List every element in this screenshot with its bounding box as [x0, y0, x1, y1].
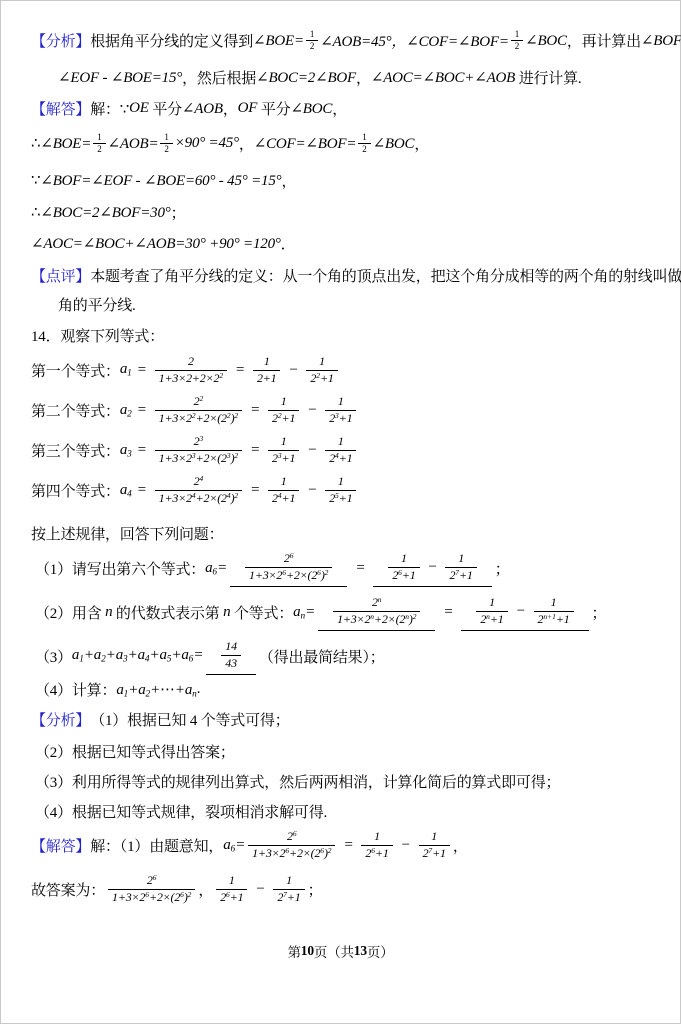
document-page: 【分析】 根据角平分线的定义得到 ∠BOE= 12 ∠AOB=45°，∠COF=… [0, 0, 681, 1024]
fraction: 12n+1+1 [534, 595, 574, 627]
analysis-13-line1: 【分析】 根据角平分线的定义得到 ∠BOE= 12 ∠AOB=45°，∠COF=… [31, 29, 681, 53]
fraction-half: 12 [358, 132, 370, 156]
text-run: ； [495, 558, 510, 579]
math-run: n [105, 604, 112, 621]
fraction-numerator: 1 [334, 434, 348, 450]
answer-blank: 1443 [206, 637, 256, 675]
answer-13-line3: ∵∠BOF=∠EOF - ∠BOE=60° - 45° =15° ， [31, 170, 296, 191]
text-run: ， [356, 67, 371, 88]
fraction: 261+3×26+2×(26)2 [108, 873, 195, 905]
fraction: 261+3×26+2×(26)2 [248, 829, 335, 861]
fraction-denominator: 1+3×2n+2×(2n)2 [333, 611, 420, 628]
equals-sign: = [250, 402, 260, 419]
text-run: ， [453, 835, 468, 856]
analysis-13-line2: ∠EOF - ∠BOE=15° ，然后根据 ∠BOC=2∠BOF ， ∠AOC=… [58, 67, 581, 88]
fraction-numerator: 1 [427, 829, 441, 845]
math-run: n [223, 604, 230, 621]
math-run: a1+a2+a3+a4+a5+a6= [72, 647, 203, 664]
fraction-numerator: 2n [368, 595, 386, 611]
text-run: 解：∵ [90, 98, 129, 119]
text-run: ． [281, 233, 296, 254]
fraction-numerator: 1 [260, 354, 274, 370]
math-run: ∠AOB=45°，∠COF=∠BOF= [320, 30, 509, 51]
fraction-numerator: 1 [277, 434, 291, 450]
text-run: （3） [35, 646, 72, 667]
fraction-denominator: 2n+1+1 [534, 611, 574, 628]
text-run: （1）根据已知 4 个等式可得； [90, 709, 289, 730]
text-run: 解：（1）由题意知， [90, 835, 223, 856]
text-run: 14．观察下列等式： [31, 325, 164, 346]
equals-sign: = [250, 482, 260, 499]
math-run: ∠AOC=∠BOC+∠AOB=30° +90° =120° [31, 234, 281, 253]
text-run: （2）用含 [35, 602, 105, 623]
footer-page-number: 10 [301, 943, 314, 959]
fraction-numerator: 1 [547, 595, 561, 611]
answer-label: 【解答】 [31, 835, 90, 856]
equation-row-4: 第四个等式： a4 = 241+3×24+2×(24)2 = 124+1 − 1… [31, 474, 359, 506]
text-run: 按上述规律，回答下列问题： [31, 523, 223, 544]
equals-sign: = [137, 482, 147, 499]
fraction-numerator: 22 [190, 394, 208, 410]
math-run: OE [129, 100, 149, 117]
text-run: （2）根据已知等式得出答案； [35, 741, 235, 762]
fraction-denominator: 2 [358, 143, 370, 155]
footer-text: 页（共 [314, 941, 354, 961]
text-run: 故答案为： [31, 879, 105, 900]
math-run: ∴∠BOE= [31, 134, 91, 153]
fraction-numerator: 1 [485, 595, 499, 611]
text-run: ， [198, 879, 213, 900]
fraction: 21+3×2+2×22 [155, 354, 227, 386]
problem-14-title: 14．观察下列等式： [31, 325, 164, 346]
analysis-14-line3: （3）利用所得等式的规律列出算式，然后两两相消，计算化简后的算式即可得； [35, 771, 560, 792]
fraction: 124+1 [325, 434, 356, 466]
equals-sign: = [137, 362, 147, 379]
math-run: a1+a2+⋯+an [116, 680, 196, 699]
text-run: 个等式： [230, 602, 293, 623]
text-run: ， [332, 98, 347, 119]
text-run: 的代数式表示第 [112, 602, 223, 623]
fraction-numerator: 1 [277, 474, 291, 490]
fraction-denominator: 1+3×22+2×(22)2 [155, 410, 242, 427]
instruction-line: 按上述规律，回答下列问题： [31, 523, 223, 544]
fraction-numerator: 1 [160, 132, 172, 143]
text-run: 根据角平分线的定义得到 [90, 30, 253, 51]
comment-label: 【点评】 [31, 265, 90, 286]
fraction: 123+1 [325, 394, 356, 426]
math-run: ∠COF=∠BOF= [254, 134, 357, 153]
math-run: a6= [223, 837, 245, 854]
minus-sign: − [428, 559, 438, 576]
question-2: （2）用含 n 的代数式表示第 n 个等式： an= 2n1+3×2n+2×(2… [35, 593, 606, 631]
fraction: 12n+1 [476, 595, 507, 627]
fraction: 127+1 [419, 829, 450, 861]
text-run: 第四个等式： [31, 480, 120, 501]
fraction-numerator: 1 [334, 394, 348, 410]
fraction-half: 12 [93, 132, 105, 156]
fraction-denominator: 22+1 [268, 410, 299, 427]
fraction-denominator: 1+3×26+2×(26)2 [245, 567, 332, 584]
fraction-denominator: 1+3×23+2×(23)2 [155, 450, 242, 467]
fraction-denominator: 27+1 [445, 567, 476, 584]
equation-row-1: 第一个等式： a1 = 21+3×2+2×22 = 12+1 − 122+1 [31, 354, 341, 386]
equation-row-3: 第三个等式： a3 = 231+3×23+2×(23)2 = 123+1 − 1… [31, 434, 359, 466]
fraction-denominator: 2n+1 [476, 611, 507, 628]
fraction-denominator: 27+1 [419, 845, 450, 862]
math-run: ∠AOC=∠BOC+∠AOB [371, 68, 515, 87]
fraction-numerator: 26 [143, 873, 161, 889]
fraction: 122+1 [306, 354, 337, 386]
fraction-denominator: 23+1 [325, 410, 356, 427]
minus-sign: − [307, 482, 317, 499]
fraction: 231+3×23+2×(23)2 [155, 434, 242, 466]
fraction-numerator: 1 [511, 29, 523, 40]
fraction-numerator: 1 [282, 873, 296, 889]
minus-sign: − [288, 362, 298, 379]
fraction-numerator: 26 [283, 829, 301, 845]
fraction: 12+1 [253, 354, 281, 386]
fraction: 127+1 [445, 551, 476, 583]
fraction-numerator: 1 [93, 132, 105, 143]
fraction: 123+1 [268, 434, 299, 466]
math-run: a4 [120, 482, 132, 499]
text-run: 角的平分线. [58, 294, 136, 315]
footer-total-pages: 13 [354, 943, 367, 959]
math-run: a1 [120, 361, 132, 378]
text-run: （得出最简结果）； [259, 646, 385, 667]
minus-sign: − [516, 603, 526, 620]
fraction: 126+1 [361, 829, 392, 861]
fraction-half: 12 [511, 29, 523, 53]
analysis-label: 【分析】 [31, 30, 90, 51]
fraction: 2n1+3×2n+2×(2n)2 [333, 595, 420, 627]
fraction-numerator: 1 [454, 551, 468, 567]
math-run: a3 [120, 442, 132, 459]
fraction-denominator: 22+1 [306, 370, 337, 387]
equals-sign: = [250, 442, 260, 459]
analysis-14-line4: （4）根据已知等式规律，裂项相消求解可得. [35, 801, 327, 822]
comment-13-line2: 角的平分线. [58, 294, 136, 315]
fraction-numerator: 2 [184, 354, 198, 370]
fraction-denominator: 43 [221, 655, 241, 672]
text-run: ， [223, 98, 238, 119]
text-run: 第三个等式： [31, 440, 120, 461]
fraction-denominator: 2 [306, 40, 318, 52]
fraction-denominator: 26+1 [388, 567, 419, 584]
text-run: ； [171, 202, 186, 223]
question-4: （4）计算： a1+a2+⋯+an . [35, 679, 200, 700]
footer-text: 第 [287, 941, 300, 961]
fraction: 122+1 [268, 394, 299, 426]
math-run: ∠BOF= [641, 31, 681, 50]
text-run: . [197, 681, 201, 698]
text-run: （1）请写出第六个等式： [35, 558, 205, 579]
answer-blank: 261+3×26+2×(26)2 [230, 549, 347, 587]
fraction-half: 12 [160, 132, 172, 156]
text-run: ； [308, 879, 323, 900]
answer-blank: 126+1 − 127+1 [373, 549, 491, 587]
comment-13-line1: 【点评】 本题考查了角平分线的定义：从一个角的顶点出发，把这个角分成相等的两个角… [31, 265, 681, 286]
math-run: a6= [205, 560, 227, 577]
fraction-numerator: 1 [334, 474, 348, 490]
fraction-numerator: 1 [315, 354, 329, 370]
answer-14-line2: 故答案为： 261+3×26+2×(26)2 ， 126+1 − 127+1 ； [31, 873, 322, 905]
fraction: 261+3×26+2×(26)2 [245, 551, 332, 583]
text-run: 平分 [149, 98, 182, 119]
equals-sign: = [343, 837, 353, 854]
fraction-denominator: 2 [511, 40, 523, 52]
fraction: 1443 [221, 639, 241, 671]
fraction-denominator: 1+3×26+2×(26)2 [248, 845, 335, 862]
math-run: ∠BOC=2∠BOF [256, 68, 356, 87]
math-run: ∴∠BOC=2∠BOF=30° [31, 203, 171, 222]
fraction: 124+1 [268, 474, 299, 506]
question-1: （1）请写出第六个等式： a6= 261+3×26+2×(26)2 = 126+… [35, 549, 510, 587]
text-run: ， [281, 170, 296, 191]
minus-sign: − [307, 442, 317, 459]
math-run: ∠BOC [290, 99, 332, 118]
answer-13-line5: ∠AOC=∠BOC+∠AOB=30° +90° =120° ． [31, 233, 295, 254]
answer-13-line1: 【解答】 解：∵ OE 平分 ∠AOB ， OF 平分 ∠BOC ， [31, 98, 347, 119]
fraction-denominator: 27+1 [273, 889, 304, 906]
answer-13-line2: ∴∠BOE= 12 ∠AOB= 12 ×90° =45° ， ∠COF=∠BOF… [31, 132, 429, 156]
math-run: OF [238, 100, 258, 117]
math-run: ∠AOB [182, 99, 223, 118]
answer-label: 【解答】 [31, 98, 90, 119]
text-run: 平分 [257, 98, 290, 119]
math-run: ∠BOC [373, 134, 415, 153]
fraction-denominator: 2 [160, 143, 172, 155]
fraction-numerator: 1 [225, 873, 239, 889]
fraction: 125+1 [325, 474, 356, 506]
fraction: 241+3×24+2×(24)2 [155, 474, 242, 506]
math-run: an= [293, 604, 315, 621]
text-run: ， [414, 133, 429, 154]
answer-blank: 12n+1 − 12n+1+1 [461, 593, 588, 631]
analysis-label: 【分析】 [31, 709, 90, 730]
text-run: （3）利用所得等式的规律列出算式，然后两两相消，计算化简后的算式即可得； [35, 771, 560, 792]
equals-sign: = [137, 442, 147, 459]
fraction-denominator: 24+1 [325, 450, 356, 467]
fraction-denominator: 26+1 [361, 845, 392, 862]
fraction-denominator: 26+1 [216, 889, 247, 906]
fraction-denominator: 1+3×26+2×(26)2 [108, 889, 195, 906]
answer-14-line1: 【解答】 解：（1）由题意知， a6= 261+3×26+2×(26)2 = 1… [31, 829, 468, 861]
math-run: ∠BOE= [253, 31, 304, 50]
math-run: ∵∠BOF=∠EOF - ∠BOE=60° - 45° =15° [31, 171, 281, 190]
analysis-14-line1: 【分析】 （1）根据已知 4 个等式可得； [31, 709, 290, 730]
fraction-denominator: 2 [93, 143, 105, 155]
minus-sign: − [307, 402, 317, 419]
fraction-denominator: 25+1 [325, 490, 356, 507]
math-run: a2 [120, 402, 132, 419]
math-run: ∠BOC [525, 31, 567, 50]
text-run: 第一个等式： [31, 360, 120, 381]
text-run: ，然后根据 [182, 67, 256, 88]
fraction-denominator: 24+1 [268, 490, 299, 507]
equals-sign: = [137, 402, 147, 419]
text-run: 本题考查了角平分线的定义：从一个角的顶点出发，把这个角分成相等的两个角的射线叫做… [90, 265, 681, 286]
equals-sign: = [235, 362, 245, 379]
fraction: 221+3×22+2×(22)2 [155, 394, 242, 426]
fraction-half: 12 [306, 29, 318, 53]
fraction-denominator: 2+1 [253, 370, 281, 387]
answer-13-line4: ∴∠BOC=2∠BOF=30° ； [31, 202, 185, 223]
text-run: ，再计算出 [567, 30, 641, 51]
fraction-numerator: 26 [280, 551, 298, 567]
fraction: 126+1 [388, 551, 419, 583]
fraction-numerator: 1 [277, 394, 291, 410]
answer-blank: 2n1+3×2n+2×(2n)2 [318, 593, 435, 631]
equals-sign: = [355, 560, 365, 577]
fraction: 127+1 [273, 873, 304, 905]
text-run: ， [239, 133, 254, 154]
math-run: ∠AOB= [108, 134, 159, 153]
fraction-denominator: 23+1 [268, 450, 299, 467]
text-run: （4）根据已知等式规律，裂项相消求解可得. [35, 801, 327, 822]
text-run: 进行计算. [515, 67, 581, 88]
question-3: （3） a1+a2+a3+a4+a5+a6= 1443 （得出最简结果）； [35, 637, 385, 675]
equation-row-2: 第二个等式： a2 = 221+3×22+2×(22)2 = 122+1 − 1… [31, 394, 359, 426]
fraction-numerator: 24 [190, 474, 208, 490]
fraction-numerator: 1 [306, 29, 318, 40]
equals-sign: = [443, 604, 453, 621]
fraction-numerator: 1 [397, 551, 411, 567]
math-run: ×90° =45° [175, 135, 239, 152]
minus-sign: − [255, 881, 265, 898]
fraction-denominator: 1+3×24+2×(24)2 [155, 490, 242, 507]
fraction-numerator: 1 [358, 132, 370, 143]
math-run: ∠EOF - ∠BOE=15° [58, 68, 182, 87]
analysis-14-line2: （2）根据已知等式得出答案； [35, 741, 235, 762]
text-run: 第二个等式： [31, 400, 120, 421]
fraction-numerator: 1 [370, 829, 384, 845]
minus-sign: − [401, 837, 411, 854]
fraction-numerator: 14 [221, 639, 241, 655]
fraction-denominator: 1+3×2+2×22 [155, 370, 227, 387]
page-footer: 第10页（共13页） [1, 941, 680, 961]
text-run: ； [592, 602, 607, 623]
fraction-numerator: 23 [190, 434, 208, 450]
text-run: （4）计算： [35, 679, 116, 700]
fraction: 126+1 [216, 873, 247, 905]
footer-text: 页） [367, 941, 394, 961]
